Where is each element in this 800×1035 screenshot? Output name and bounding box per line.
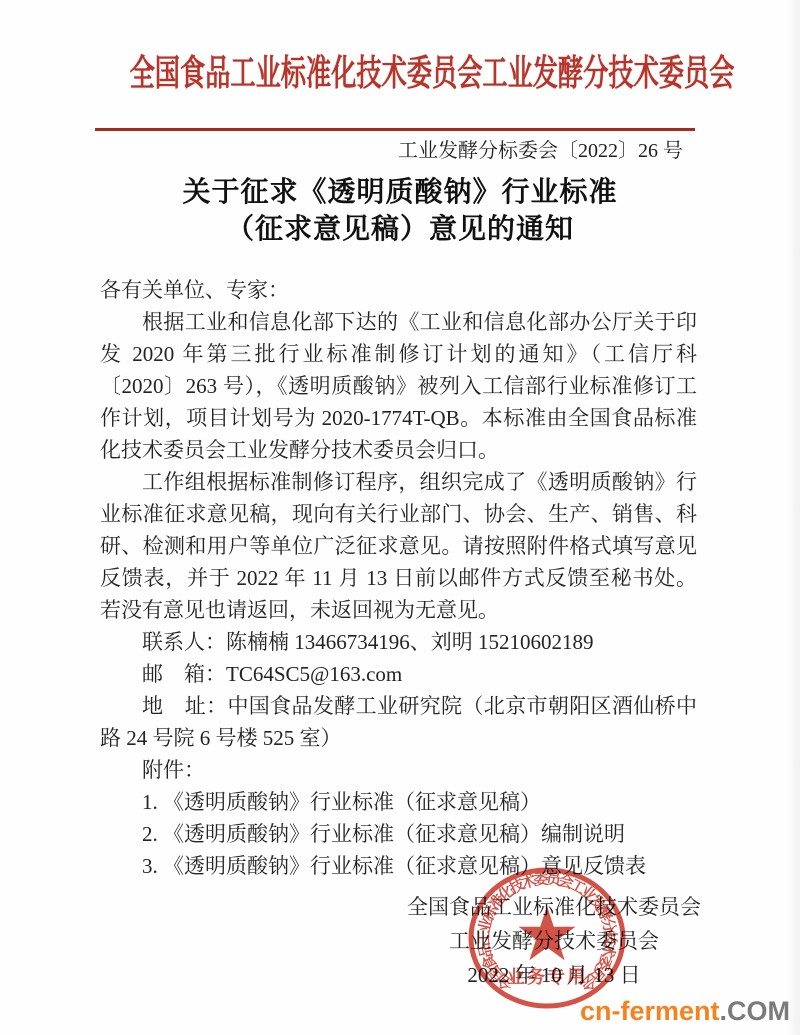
contact-email-line: 邮 箱：TC64SC5@163.com <box>100 658 697 690</box>
site-watermark: cn-ferment.COM <box>580 996 790 1027</box>
doc-number: 工业发酵分标委会〔2022〕26 号 <box>0 138 800 164</box>
signature-org-line1: 全国食品工业标准化技术委员会 <box>370 890 738 924</box>
document-page: 全国食品工业标准化技术委员会工业发酵分技术委员会 工业发酵分标委会〔2022〕2… <box>0 0 800 1035</box>
paragraph-2: 工作组根据标准制修订程序，组织完成了《透明质酸钠》行业标准征求意见稿，现向有关行… <box>100 466 697 626</box>
notice-title: 关于征求《透明质酸钠》行业标准 （征求意见稿）意见的通知 <box>0 174 800 248</box>
signature-block: 全国食品工业标准化技术委员会 工业发酵分技术委员会 2022 年 10 月 13… <box>370 890 738 992</box>
attachment-item-2: 2. 《透明质酸钠》行业标准（征求意见稿）编制说明 <box>100 818 697 850</box>
watermark-brand: cn-ferment <box>580 996 720 1026</box>
attachment-item-3: 3. 《透明质酸钠》行业标准（征求意见稿）意见反馈表 <box>100 850 697 882</box>
header-divider-rule <box>95 128 695 131</box>
paragraph-1: 根据工业和信息化部下达的《工业和信息化部办公厅关于印发 2020 年第三批行业标… <box>100 306 697 466</box>
salutation: 各有关单位、专家： <box>100 274 697 306</box>
attachments-label: 附件： <box>100 754 697 786</box>
attachment-item-1: 1. 《透明质酸钠》行业标准（征求意见稿） <box>100 786 697 818</box>
signature-date: 2022 年 10 月 13 日 <box>370 958 738 992</box>
notice-body: 各有关单位、专家： 根据工业和信息化部下达的《工业和信息化部办公厅关于印发 20… <box>100 274 697 882</box>
notice-title-line1: 关于征求《透明质酸钠》行业标准 <box>0 174 800 211</box>
org-header-title: 全国食品工业标准化技术委员会工业发酵分技术委员会 <box>130 54 735 92</box>
contact-address-line: 地 址：中国食品发酵工业研究院（北京市朝阳区酒仙桥中路 24 号院 6 号楼 5… <box>100 690 697 754</box>
signature-org-line2: 工业发酵分技术委员会 <box>370 924 738 958</box>
org-header: 全国食品工业标准化技术委员会工业发酵分技术委员会 <box>0 0 800 92</box>
contact-person-line: 联系人：陈楠楠 13466734196、刘明 15210602189 <box>100 626 697 658</box>
notice-title-line2: （征求意见稿）意见的通知 <box>0 211 800 248</box>
watermark-tld: .COM <box>720 996 791 1026</box>
